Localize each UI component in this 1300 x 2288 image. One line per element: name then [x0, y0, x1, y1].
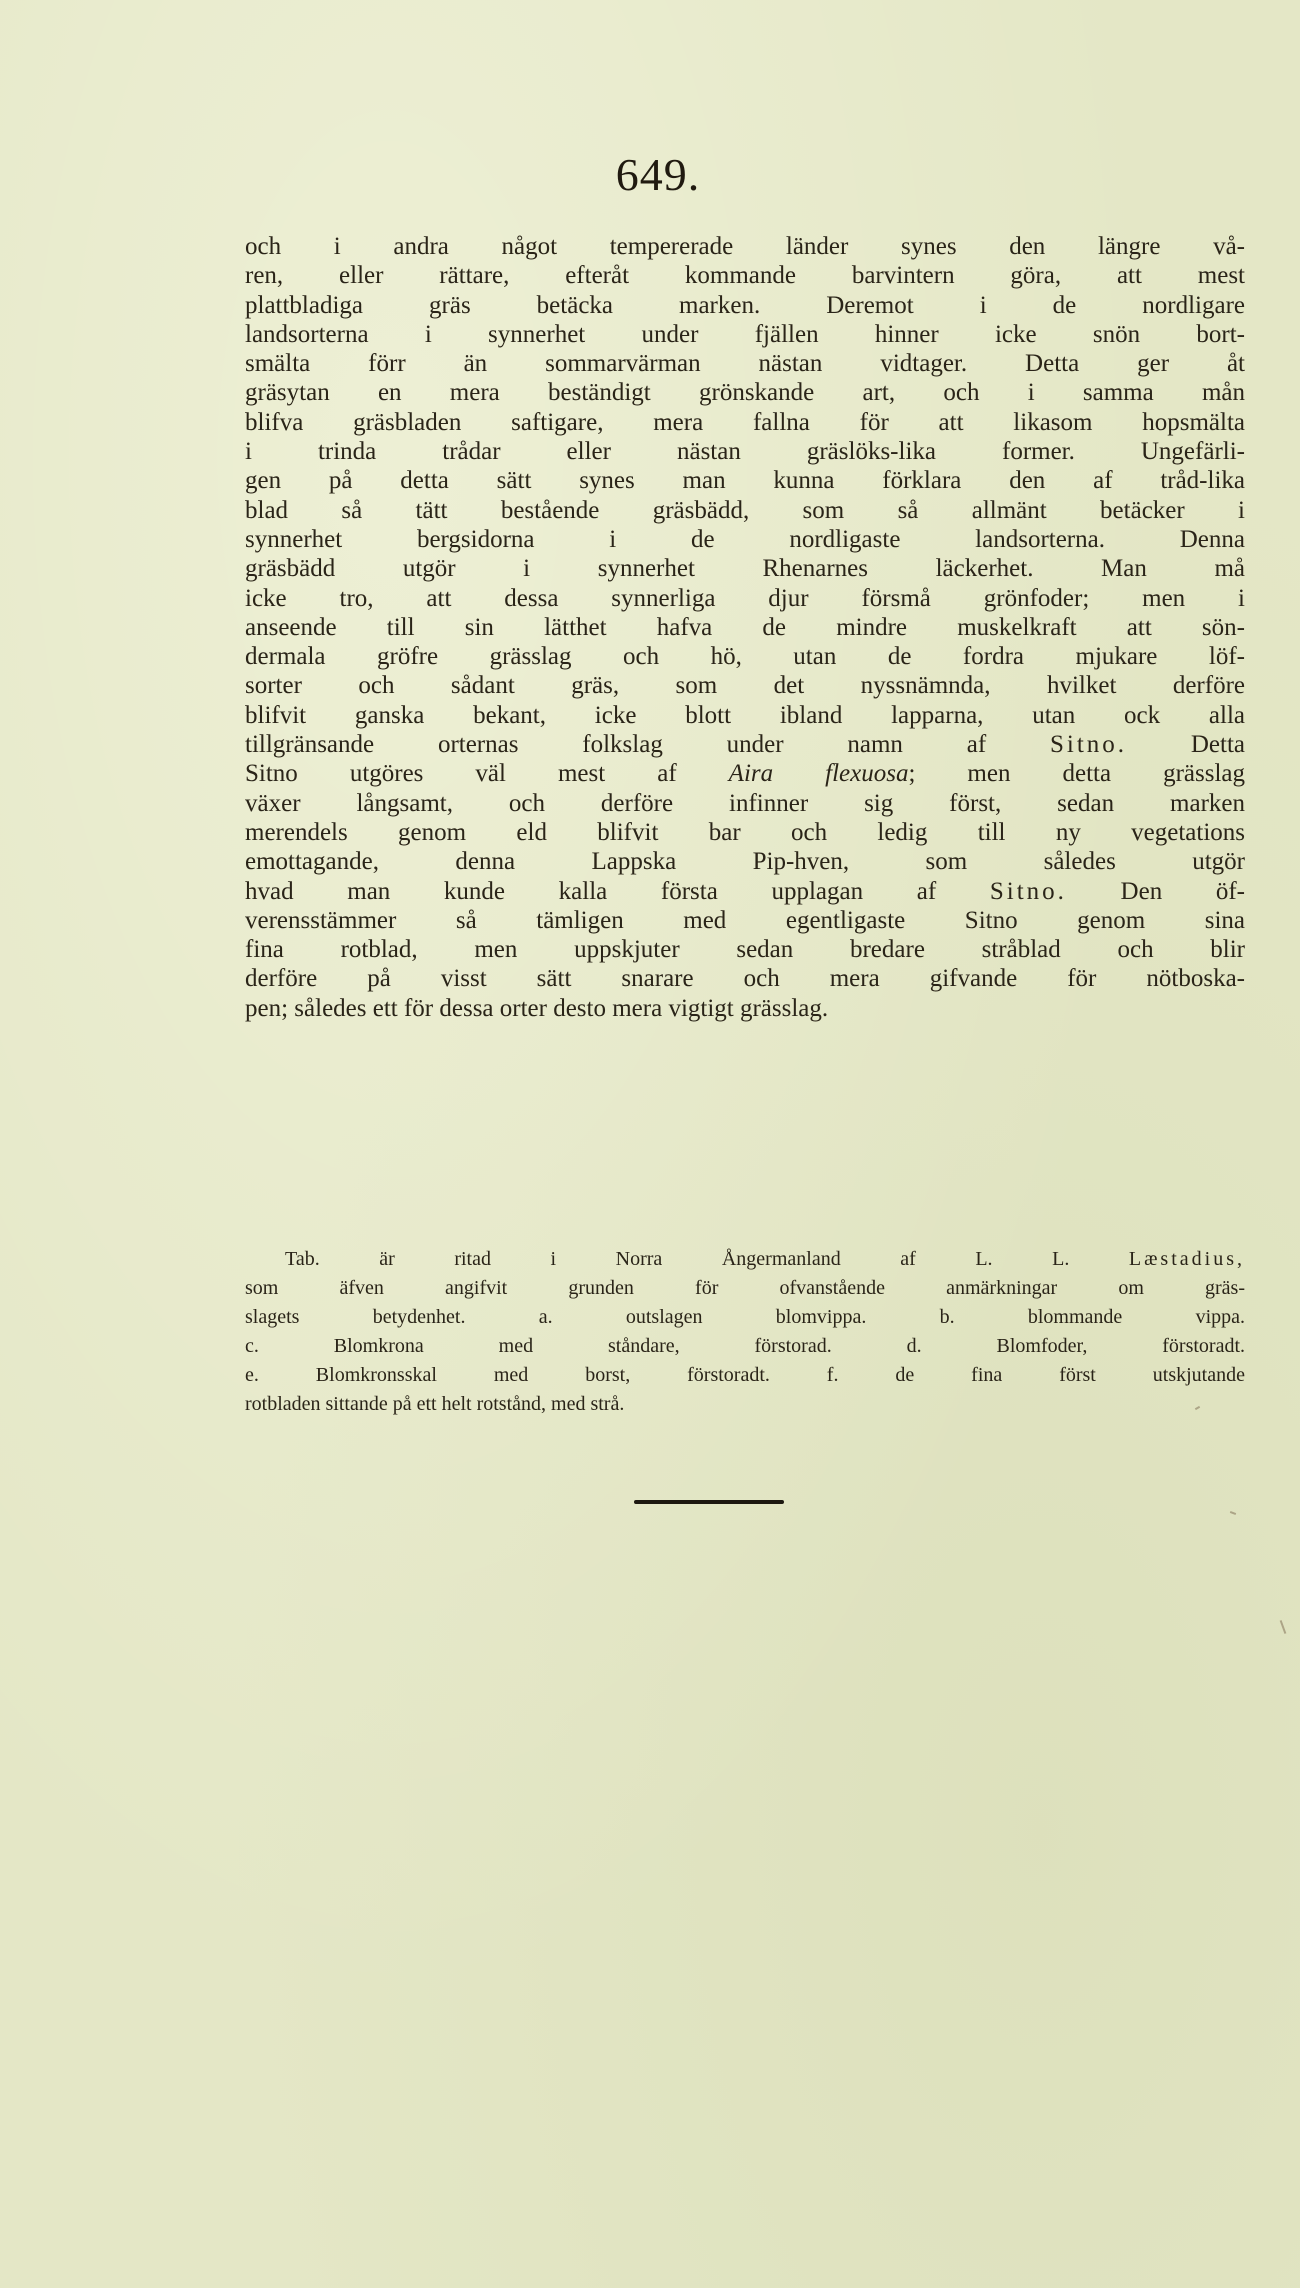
text-line: sorter och sådant gräs, som det nyssnämn…	[245, 671, 1245, 700]
text-segment: ; men detta grässlag	[908, 760, 1245, 787]
caption-line: slagets betydenhet. a. outslagen blomvip…	[245, 1303, 1245, 1332]
caption-line: som äfven angifvit grunden för ofvanståe…	[245, 1274, 1245, 1303]
text-line: gen på detta sätt synes man kunna förkla…	[245, 466, 1245, 495]
caption-line: e. Blomkronsskal med borst, förstoradt. …	[245, 1361, 1245, 1390]
page-number: 649.	[0, 148, 1300, 201]
text-line: fina rotblad, men uppskjuter sedan breda…	[245, 935, 1245, 964]
text-line: ren, eller rättare, efteråt kommande bar…	[245, 261, 1245, 290]
body-text: och i andra något tempererade länder syn…	[245, 232, 1245, 1023]
text-line: icke tro, att dessa synnerliga djur förs…	[245, 584, 1245, 613]
text-line: blifvit ganska bekant, icke blott ibland…	[245, 701, 1245, 730]
text-segment: Den öf-	[1067, 878, 1245, 905]
text-line: gräsbädd utgör i synnerhet Rhenarnes läc…	[245, 554, 1245, 583]
text-segment: hvad man kunde kalla första upplagan af	[245, 878, 990, 905]
text-line: pen; således ett för dessa orter desto m…	[245, 994, 1245, 1023]
plate-caption: Tab. är ritad i Norra Ångermanland af L.…	[245, 1245, 1245, 1419]
text-line: merendels genom eld blifvit bar och ledi…	[245, 818, 1245, 847]
text-segment: Sitno utgöres väl mest af	[245, 760, 729, 787]
text-line: smälta förr än sommarvärman nästan vidta…	[245, 349, 1245, 378]
sitno-term: Sitno.	[1050, 731, 1127, 758]
author-name: Læstadius,	[1129, 1248, 1245, 1270]
text-line: dermala gröfre grässlag och hö, utan de …	[245, 642, 1245, 671]
paper-speck	[1280, 1620, 1287, 1634]
text-line: växer långsamt, och derföre infinner sig…	[245, 789, 1245, 818]
text-segment: Detta	[1127, 731, 1245, 758]
text-line: derföre på visst sätt snarare och mera g…	[245, 964, 1245, 993]
text-line: synnerhet bergsidorna i de nordligaste l…	[245, 525, 1245, 554]
text-segment: Tab. är ritad i Norra Ångermanland af L.…	[285, 1248, 1129, 1270]
text-line: verensstämmer så tämligen med egentligas…	[245, 906, 1245, 935]
text-line: i trinda trådar eller nästan gräslöks-li…	[245, 437, 1245, 466]
end-rule-divider	[634, 1500, 784, 1504]
text-line: blad så tätt bestående gräsbädd, som så …	[245, 496, 1245, 525]
text-line: landsorterna i synnerhet under fjällen h…	[245, 320, 1245, 349]
text-line: gräsytan en mera beständigt grönskande a…	[245, 378, 1245, 407]
book-page: 649. och i andra något tempererade lände…	[0, 0, 1300, 2288]
text-line: blifva gräsbladen saftigare, mera fallna…	[245, 408, 1245, 437]
caption-line: rotbladen sittande på ett helt rotstånd,…	[245, 1390, 1245, 1419]
text-segment: tillgränsande orternas folkslag under na…	[245, 731, 1050, 758]
species-name: Aira flexuosa	[729, 760, 909, 787]
text-line: tillgränsande orternas folkslag under na…	[245, 730, 1245, 759]
text-line: och i andra något tempererade länder syn…	[245, 232, 1245, 261]
text-line: Sitno utgöres väl mest af Aira flexuosa;…	[245, 759, 1245, 788]
text-line: anseende till sin lätthet hafva de mindr…	[245, 613, 1245, 642]
sitno-term: Sitno.	[990, 878, 1067, 905]
caption-line: Tab. är ritad i Norra Ångermanland af L.…	[245, 1245, 1245, 1274]
text-line: hvad man kunde kalla första upplagan af …	[245, 877, 1245, 906]
caption-line: c. Blomkrona med ståndare, förstorad. d.…	[245, 1332, 1245, 1361]
text-line: plattbladiga gräs betäcka marken. Deremo…	[245, 291, 1245, 320]
paper-speck	[1230, 1511, 1236, 1515]
text-line: emottagande, denna Lappska Pip-hven, som…	[245, 847, 1245, 876]
